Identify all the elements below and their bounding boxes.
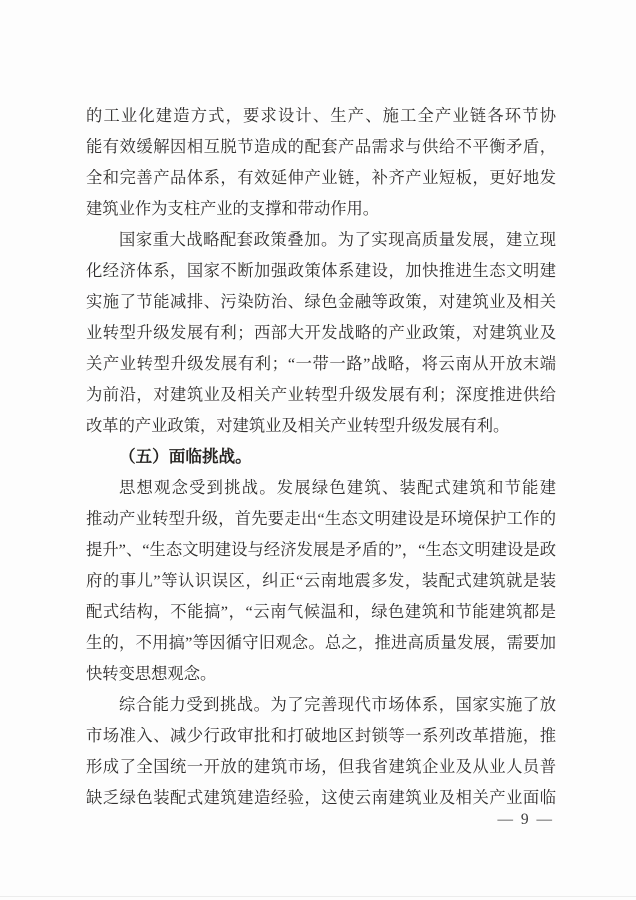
text-line: 建筑业作为支柱产业的支撑和带动作用。 bbox=[86, 193, 556, 224]
text-line: 国家重大战略配套政策叠加。为了实现高质量发展，建立现代 bbox=[86, 224, 556, 255]
text-line: 业转型升级发展有利；西部大开发战略的产业政策，对建筑业及相 bbox=[86, 317, 556, 348]
text-line: 实施了节能减排、污染防治、绿色金融等政策，对建筑业及相关产 bbox=[86, 286, 556, 317]
text-line: 快转变思想观念。 bbox=[86, 658, 556, 689]
text-line: 市场准入、减少行政审批和打破地区封锁等一系列改革措施，推动 bbox=[86, 720, 556, 751]
text-line: 综合能力受到挑战。为了完善现代市场体系，国家实施了放宽 bbox=[86, 689, 556, 720]
text-line: 配式结构，不能搞”，“云南气候温和，绿色建筑和节能建筑都是天 bbox=[86, 596, 556, 627]
text-line: 能有效缓解因相互脱节造成的配套产品需求与供给不平衡矛盾，健 bbox=[86, 131, 556, 162]
text-line: 关产业转型升级发展有利；“一带一路”战略，将云南从开放末端变 bbox=[86, 348, 556, 379]
text-line: 全和完善产品体系，有效延伸产业链，补齐产业短板，更好地发挥 bbox=[86, 162, 556, 193]
section-heading: （五）面临挑战。 bbox=[86, 441, 556, 472]
text-line: 府的事儿”等认识误区，纠正“云南地震多发，装配式建筑就是装 bbox=[86, 565, 556, 596]
text-line: 缺乏绿色装配式建筑建造经验，这使云南建筑业及相关产业面临优 bbox=[86, 782, 556, 813]
text-line: 化经济体系，国家不断加强政策体系建设，加快推进生态文明建设， bbox=[86, 255, 556, 286]
text-line: 形成了全国统一开放的建筑市场，但我省建筑企业及从业人员普遍 bbox=[86, 751, 556, 782]
document-content: 的工业化建造方式，要求设计、生产、施工全产业链各环节协同，能有效缓解因相互脱节造… bbox=[86, 100, 556, 813]
text-line: 的工业化建造方式，要求设计、生产、施工全产业链各环节协同， bbox=[86, 100, 556, 131]
text-line: 生的，不用搞”等因循守旧观念。总之，推进高质量发展，需要加 bbox=[86, 627, 556, 658]
text-line: 为前沿，对建筑业及相关产业转型升级发展有利；深度推进供给侧 bbox=[86, 379, 556, 410]
scan-edge-line bbox=[0, 896, 636, 897]
text-line: 推动产业转型升级，首先要走出“生态文明建设是环境保护工作的 bbox=[86, 503, 556, 534]
text-line: 提升”、“生态文明建设与经济发展是矛盾的”，“生态文明建设是政 bbox=[86, 534, 556, 565]
document-page: 的工业化建造方式，要求设计、生产、施工全产业链各环节协同，能有效缓解因相互脱节造… bbox=[0, 0, 636, 900]
text-line: 思想观念受到挑战。发展绿色建筑、装配式建筑和节能建筑， bbox=[86, 472, 556, 503]
page-number: — 9 — bbox=[498, 809, 555, 831]
text-line: 改革的产业政策，对建筑业及相关产业转型升级发展有利。 bbox=[86, 410, 556, 441]
